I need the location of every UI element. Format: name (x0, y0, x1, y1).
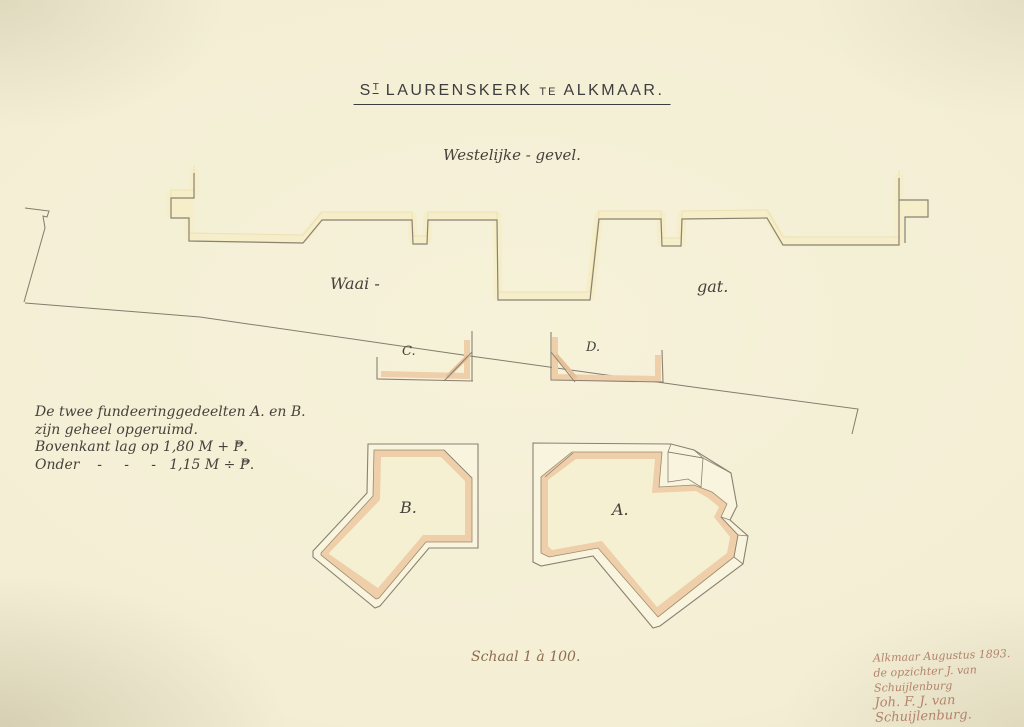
annotation-note: De twee fundeeringgedeelten A. en B. zij… (35, 404, 306, 474)
label-section-c: C. (402, 344, 416, 359)
label-plan-b: B. (400, 498, 417, 517)
label-plan-a: A. (612, 500, 629, 519)
ground-line (24, 208, 858, 434)
title-s: S (360, 82, 373, 99)
note-line-2: zijn geheel opgeruimd. (35, 422, 306, 440)
linework-canvas (0, 0, 1024, 727)
label-gat: gat. (697, 277, 728, 296)
note-line-4: Onder - - - 1,15 M ÷ ₱. (35, 457, 306, 475)
scale-label: Schaal 1 à 100. (471, 649, 580, 665)
note-line-3: Bovenkant lag op 1,80 M + ₱. (35, 439, 306, 457)
section-c (377, 331, 473, 381)
subtitle-westelijke-gevel: Westelijke - gevel. (443, 146, 581, 164)
section-d (551, 332, 663, 382)
note-line-1: De twee fundeeringgedeelten A. en B. (35, 404, 306, 422)
plan-b (313, 444, 478, 608)
facade-profile (171, 165, 928, 300)
signature-autograph: Joh. F. J. van Schuijlenburg. (874, 690, 1024, 726)
label-section-d: D. (586, 340, 600, 355)
plan-a (533, 443, 748, 628)
label-waai: Waai - (330, 274, 380, 293)
signature-block: Alkmaar Augustus 1893. de opzichter J. v… (873, 645, 1024, 726)
sheet-title: ST LAURENSKERK TE ALKMAAR. (354, 82, 671, 105)
title-te: TE (539, 86, 557, 98)
title-main: LAURENSKERK (379, 82, 540, 99)
drawing-sheet: ST LAURENSKERK TE ALKMAAR. Westelijke - … (0, 0, 1024, 727)
title-place: ALKMAAR. (557, 82, 664, 99)
